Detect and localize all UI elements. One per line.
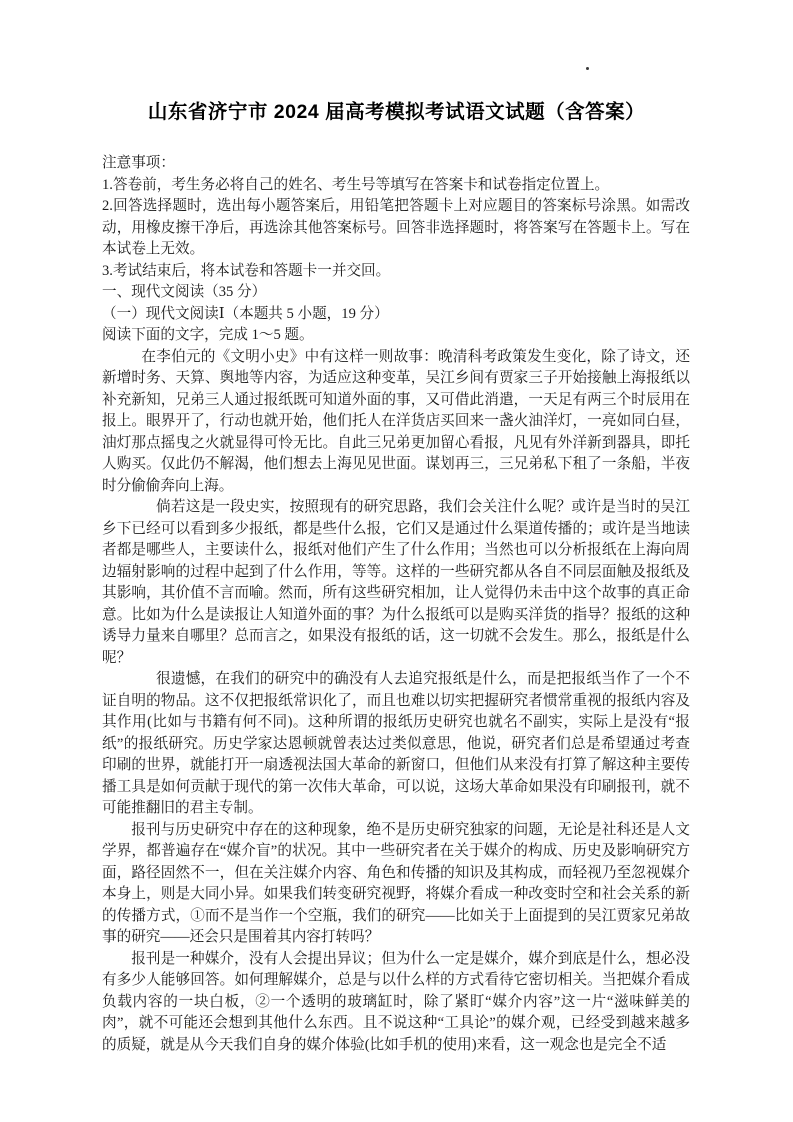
ink-speck-bottom: [188, 1026, 191, 1028]
section-heading-subsection: （一）现代文阅读Ⅰ（本题共 5 小题，19 分）: [102, 304, 690, 326]
exam-paper-page: 山东省济宁市 2024 届高考模拟考试语文试题（含答案） 注意事项： 1.答卷前…: [0, 0, 793, 1122]
notice-item-1: 1.答卷前，考生务必将自己的姓名、考生号等填写在答案卡和试卷指定位置上。: [102, 175, 690, 197]
passage-paragraph-5: 报刊是一种媒介，没有人会提出异议；但为什么一定是媒介，媒介到底是什么，想必没有多…: [102, 949, 690, 1057]
passage-paragraph-4: 报刊与历史研究中存在的这种现象，绝不是历史研究独家的问题，无论是社科还是人文学界…: [102, 820, 690, 949]
notice-heading: 注意事项：: [102, 153, 690, 175]
page-title: 山东省济宁市 2024 届高考模拟考试语文试题（含答案）: [0, 0, 793, 124]
document-body: 注意事项： 1.答卷前，考生务必将自己的姓名、考生号等填写在答案卡和试卷指定位置…: [102, 153, 690, 1056]
notice-item-2: 2.回答选择题时，选出每小题答案后，用铅笔把答题卡上对应题目的答案标号涂黑。如需…: [102, 196, 690, 261]
reading-instruction: 阅读下面的文字，完成 1～5 题。: [102, 325, 690, 347]
section-heading-part-one: 一、现代文阅读（35 分）: [102, 282, 690, 304]
passage-paragraph-2: 倘若这是一段史实，按照现有的研究思路，我们会关注什么呢？或许是当时的吴江乡下已经…: [102, 497, 690, 669]
passage-paragraph-3: 很遗憾，在我们的研究中的确没有人去追究报纸是什么，而是把报纸当作了一个不证自明的…: [102, 669, 690, 820]
ink-speck-top-right: [586, 67, 589, 70]
notice-item-3: 3.考试结束后，将本试卷和答题卡一并交回。: [102, 261, 690, 283]
passage-paragraph-1: 在李伯元的《文明小史》中有这样一则故事：晚清科考政策发生变化，除了诗文，还新增时…: [102, 347, 690, 498]
